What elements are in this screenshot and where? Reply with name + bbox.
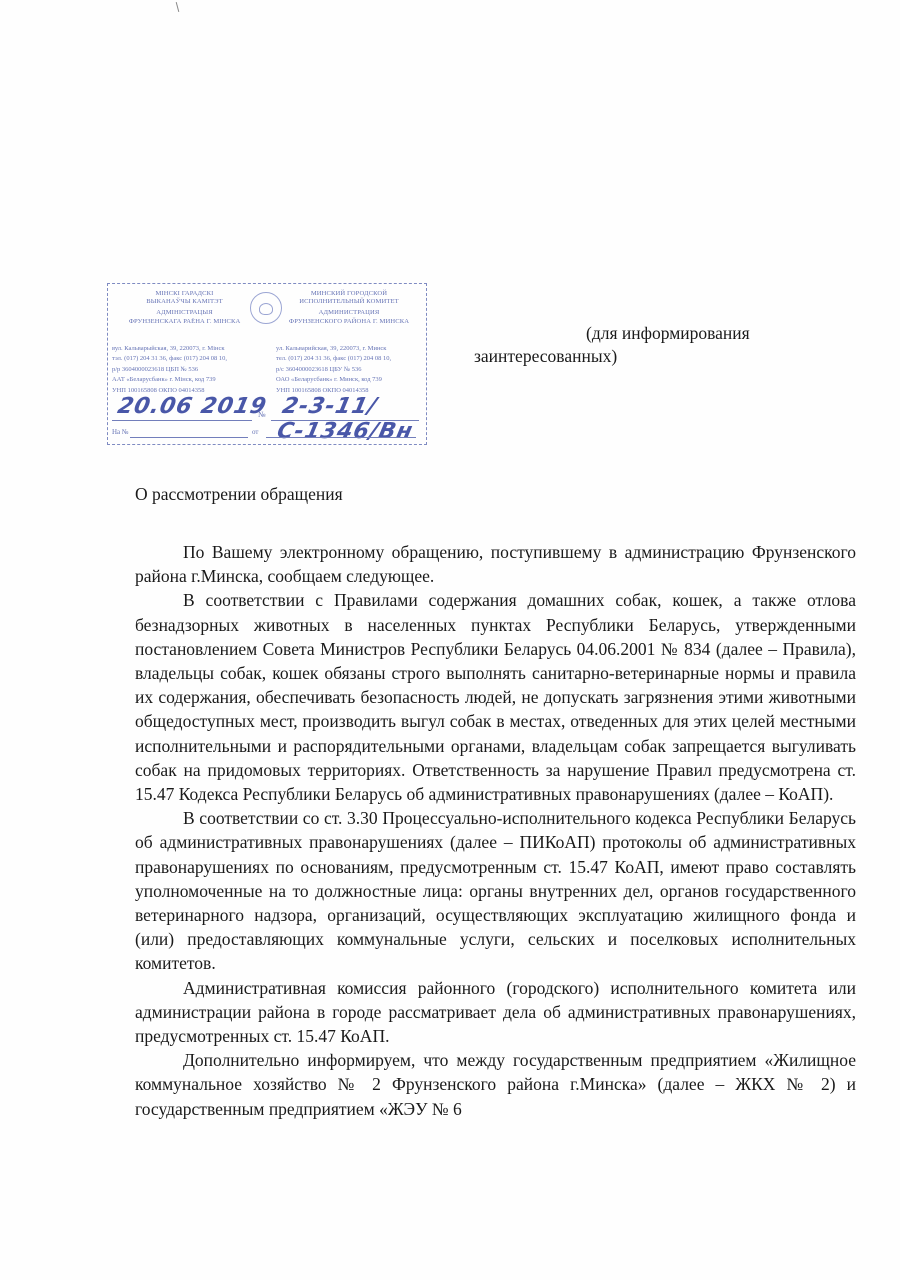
stamp-text: вул. Кальварыйская, 39, 220073, г. Мінск <box>112 344 227 354</box>
number-label: № <box>258 410 266 419</box>
stamp-header-belarusian: МІНСКІ ГАРАДСКІ ВЫКАНАЎЧЫ КАМІТЭТ АДМІНІ… <box>112 290 257 326</box>
paragraph: По Вашему электронному обращению, поступ… <box>135 540 856 588</box>
stamp-address-russian: ул. Кальварийская, 39, 220073, г. Минск … <box>276 344 391 396</box>
letter-body: По Вашему электронному обращению, поступ… <box>135 540 856 1121</box>
registration-stamp: МІНСКІ ГАРАДСКІ ВЫКАНАЎЧЫ КАМІТЭТ АДМІНІ… <box>107 283 427 445</box>
reference-label: На № <box>112 428 129 436</box>
paragraph: В соответствии с Правилами содержания до… <box>135 588 856 806</box>
stamp-address-belarusian: вул. Кальварыйская, 39, 220073, г. Мінск… <box>112 344 227 396</box>
stamp-text: р/с 3604000023618 ЦБУ № 536 <box>276 365 391 375</box>
stamp-text: ФРУНЗЕНСКАГА РАЁНА г. МІНСКА <box>112 318 257 326</box>
stamp-text: МИНСКИЙ ГОРОДСКОЙ <box>278 290 420 298</box>
stamp-header-russian: МИНСКИЙ ГОРОДСКОЙ ИСПОЛНИТЕЛЬНЫЙ КОМИТЕТ… <box>278 290 420 326</box>
document-page: МІНСКІ ГАРАДСКІ ВЫКАНАЎЧЫ КАМІТЭТ АДМІНІ… <box>0 0 900 1280</box>
paragraph: Административная комиссия районного (гор… <box>135 976 856 1049</box>
stamp-text: МІНСКІ ГАРАДСКІ <box>112 290 257 298</box>
stamp-text: тэл. (017) 204 31 36, факс (017) 204 08 … <box>112 354 227 364</box>
stamp-text: ВЫКАНАЎЧЫ КАМІТЭТ <box>112 298 257 306</box>
stamp-text: р/р 3604000023618 ЦБП № 536 <box>112 365 227 375</box>
addressee: (для информирования заинтересованных) <box>474 322 814 368</box>
stamp-text: ОАО «Беларусбанк» г. Минск, код 739 <box>276 375 391 385</box>
number-line <box>271 420 419 421</box>
handwritten-date: 20.06 2019 <box>115 394 269 419</box>
stamp-text: ААТ «Беларусбанк» г. Мінск, код 739 <box>112 375 227 385</box>
stamp-text: АДМИНИСТРАЦИЯ <box>278 309 420 317</box>
subject-line: О рассмотрении обращения <box>135 484 343 505</box>
scan-artifact <box>176 2 180 12</box>
paragraph: Дополнительно информируем, что между гос… <box>135 1048 856 1121</box>
paragraph: В соответствии со ст. 3.30 Процессуально… <box>135 806 856 975</box>
addressee-line: (для информирования <box>474 322 814 345</box>
stamp-text: ФРУНЗЕНСКОГО РАЙОНА г. МИНСКА <box>278 318 420 326</box>
stamp-text: АДМІНІСТРАЦЫЯ <box>112 309 257 317</box>
stamp-text: тел. (017) 204 31 36, факс (017) 204 08 … <box>276 354 391 364</box>
date-line <box>112 420 252 421</box>
addressee-line: заинтересованных) <box>474 346 617 366</box>
stamp-text: ул. Кальварийская, 39, 220073, г. Минск <box>276 344 391 354</box>
reference-line <box>130 437 248 438</box>
from-label: от <box>252 428 258 436</box>
stamp-text: ИСПОЛНИТЕЛЬНЫЙ КОМИТЕТ <box>278 298 420 306</box>
from-line <box>266 437 416 438</box>
